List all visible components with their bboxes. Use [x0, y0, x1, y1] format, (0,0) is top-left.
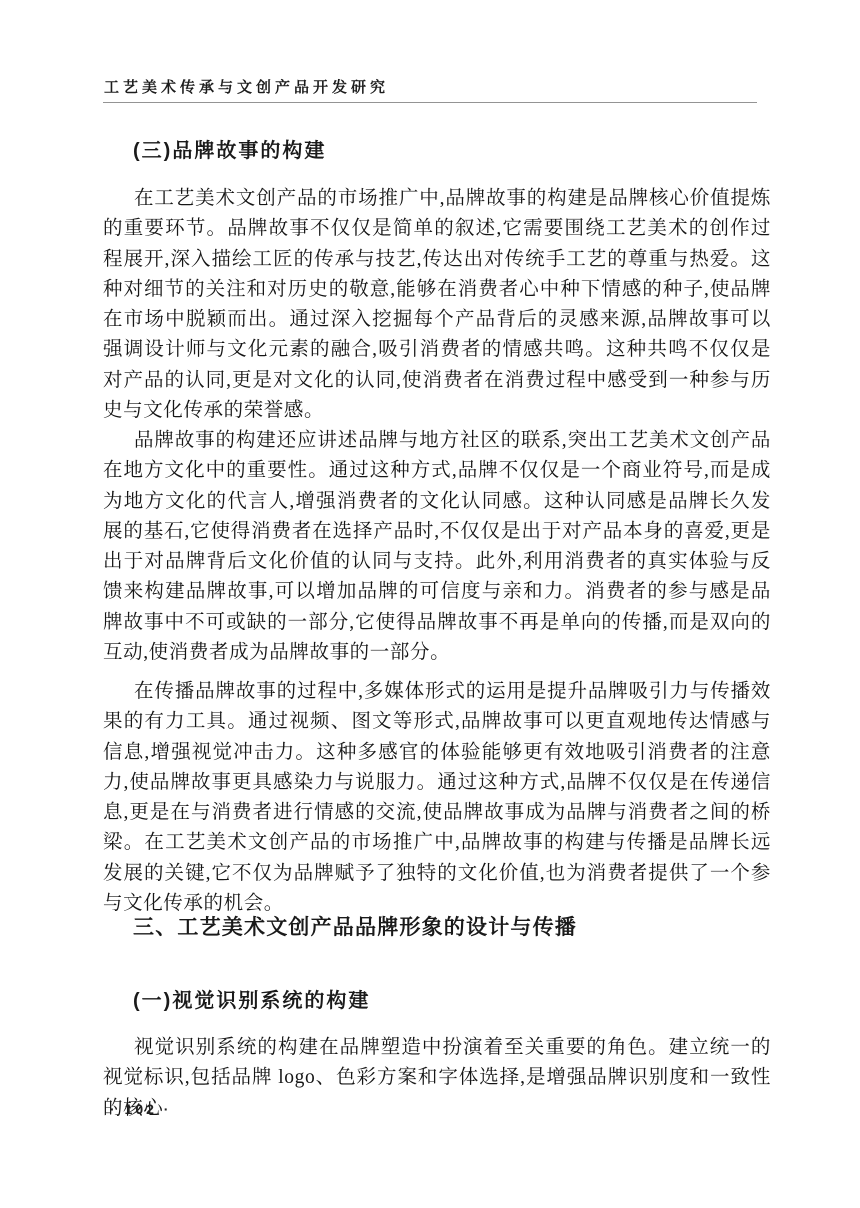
page-number: · 102 ·: [110, 1101, 171, 1117]
section-heading-brand-story: (三)品牌故事的构建: [133, 134, 326, 163]
paragraph-brand-story-3: 在传播品牌故事的过程中,多媒体形式的运用是提升品牌吸引力与传播效果的有力工具。通…: [103, 677, 771, 919]
header-rule: [103, 102, 757, 103]
section-heading-visual-identity: (一)视觉识别系统的构建: [133, 984, 370, 1013]
paragraph-brand-story-2: 品牌故事的构建还应讲述品牌与地方社区的联系,突出工艺美术文创产品在地方文化中的重…: [103, 426, 771, 668]
paragraph-visual-identity-1: 视觉识别系统的构建在品牌塑造中扮演着至关重要的角色。建立统一的视觉标识,包括品牌…: [103, 1033, 771, 1124]
running-head: 工艺美术传承与文创产品开发研究: [104, 76, 389, 97]
paragraph-brand-story-1: 在工艺美术文创产品的市场推广中,品牌故事的构建是品牌核心价值提炼的重要环节。品牌…: [103, 184, 771, 426]
document-page: 工艺美术传承与文创产品开发研究 (三)品牌故事的构建 在工艺美术文创产品的市场推…: [0, 0, 860, 1208]
chapter-heading: 三、工艺美术文创产品品牌形象的设计与传播: [133, 911, 577, 941]
